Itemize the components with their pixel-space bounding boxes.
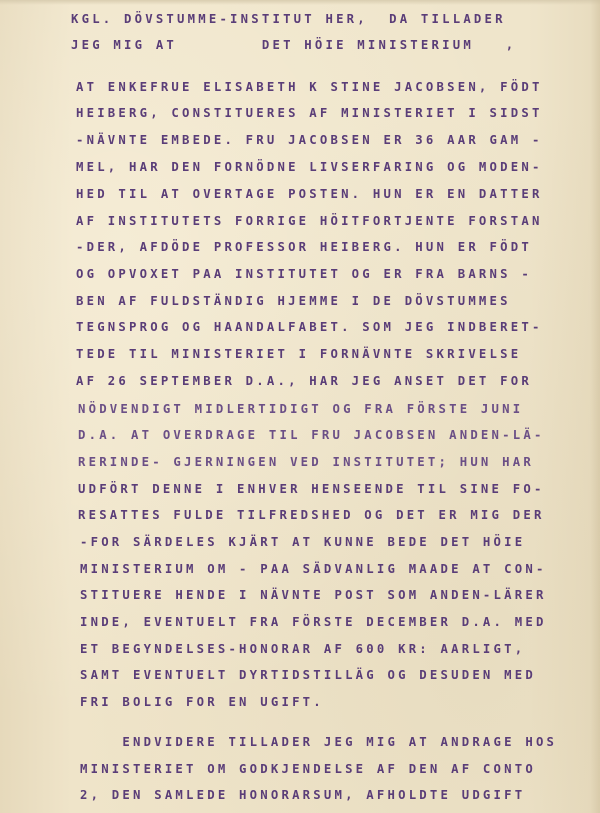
text-line: HEIBERG, CONSTITUERES AF MINISTERIET I S… <box>76 106 543 120</box>
text-line: AT ENKEFRUE ELISABETH K STINE JACOBSEN, … <box>76 80 543 94</box>
text-line: RERINDE- GJERNINGEN VED INSTITUTET; HUN … <box>78 455 534 469</box>
text-line: RESATTES FULDE TILFREDSHED OG DET ER MIG… <box>78 508 545 522</box>
text-line: SAMT EVENTUELT DYRTIDSTILLÄG OG DESUDEN … <box>80 668 536 682</box>
paper-top-edge <box>0 0 600 5</box>
text-line: MINISTERIET OM GODKJENDELSE AF DEN AF CO… <box>80 762 536 776</box>
text-line: D.A. AT OVERDRAGE TIL FRU JACOBSEN ANDEN… <box>78 428 545 442</box>
text-line: -NÄVNTE EMBEDE. FRU JACOBSEN ER 36 AAR G… <box>76 133 543 147</box>
text-line: ET BEGYNDELSES-HONORAR AF 600 KR: AARLIG… <box>80 642 525 656</box>
text-line: 2, DEN SAMLEDE HONORARSUM, AFHOLDTE UDGI… <box>80 788 525 802</box>
text-line: TEDE TIL MINISTERIET I FORNÄVNTE SKRIVEL… <box>76 347 521 361</box>
text-line: ENDVIDERE TILLADER JEG MIG AT ANDRAGE HO… <box>80 735 557 749</box>
text-line: NÖDVENDIGT MIDLERTIDIGT OG FRA FÖRSTE JU… <box>78 402 523 416</box>
text-line: AF INSTITUTETS FORRIGE HÖITFORTJENTE FOR… <box>76 214 543 228</box>
text-line: -FOR SÄRDELES KJÄRT AT KUNNE BEDE DET HÖ… <box>80 535 525 549</box>
text-line: TEGNSPROG OG HAANDALFABET. SOM JEG INDBE… <box>76 320 543 334</box>
text-line: MINISTERIUM OM - PAA SÄDVANLIG MAADE AT … <box>80 562 547 576</box>
text-line: JEG MIG AT DET HÖIE MINISTERIUM , <box>71 38 516 52</box>
document-page: KGL. DÖVSTUMME-INSTITUT HER, DA TILLADER… <box>0 0 600 813</box>
paper-right-edge <box>590 0 600 813</box>
text-line: MEL, HAR DEN FORNÖDNE LIVSERFARING OG MO… <box>76 160 543 174</box>
text-line: -DER, AFDÖDE PROFESSOR HEIBERG. HUN ER F… <box>76 240 532 254</box>
text-line: HED TIL AT OVERTAGE POSTEN. HUN ER EN DA… <box>76 187 543 201</box>
text-line: OG OPVOXET PAA INSTITUTET OG ER FRA BARN… <box>76 267 532 281</box>
text-line: AF 26 SEPTEMBER D.A., HAR JEG ANSET DET … <box>76 374 532 388</box>
text-line: BEN AF FULDSTÄNDIG HJEMME I DE DÖVSTUMME… <box>76 294 511 308</box>
text-line: UDFÖRT DENNE I ENHVER HENSEENDE TIL SINE… <box>78 482 545 496</box>
text-line: STITUERE HENDE I NÄVNTE POST SOM ANDEN-L… <box>80 588 547 602</box>
text-line: INDE, EVENTUELT FRA FÖRSTE DECEMBER D.A.… <box>80 615 547 629</box>
text-line: KGL. DÖVSTUMME-INSTITUT HER, DA TILLADER <box>71 12 506 26</box>
text-line: FRI BOLIG FOR EN UGIFT. <box>80 695 324 709</box>
